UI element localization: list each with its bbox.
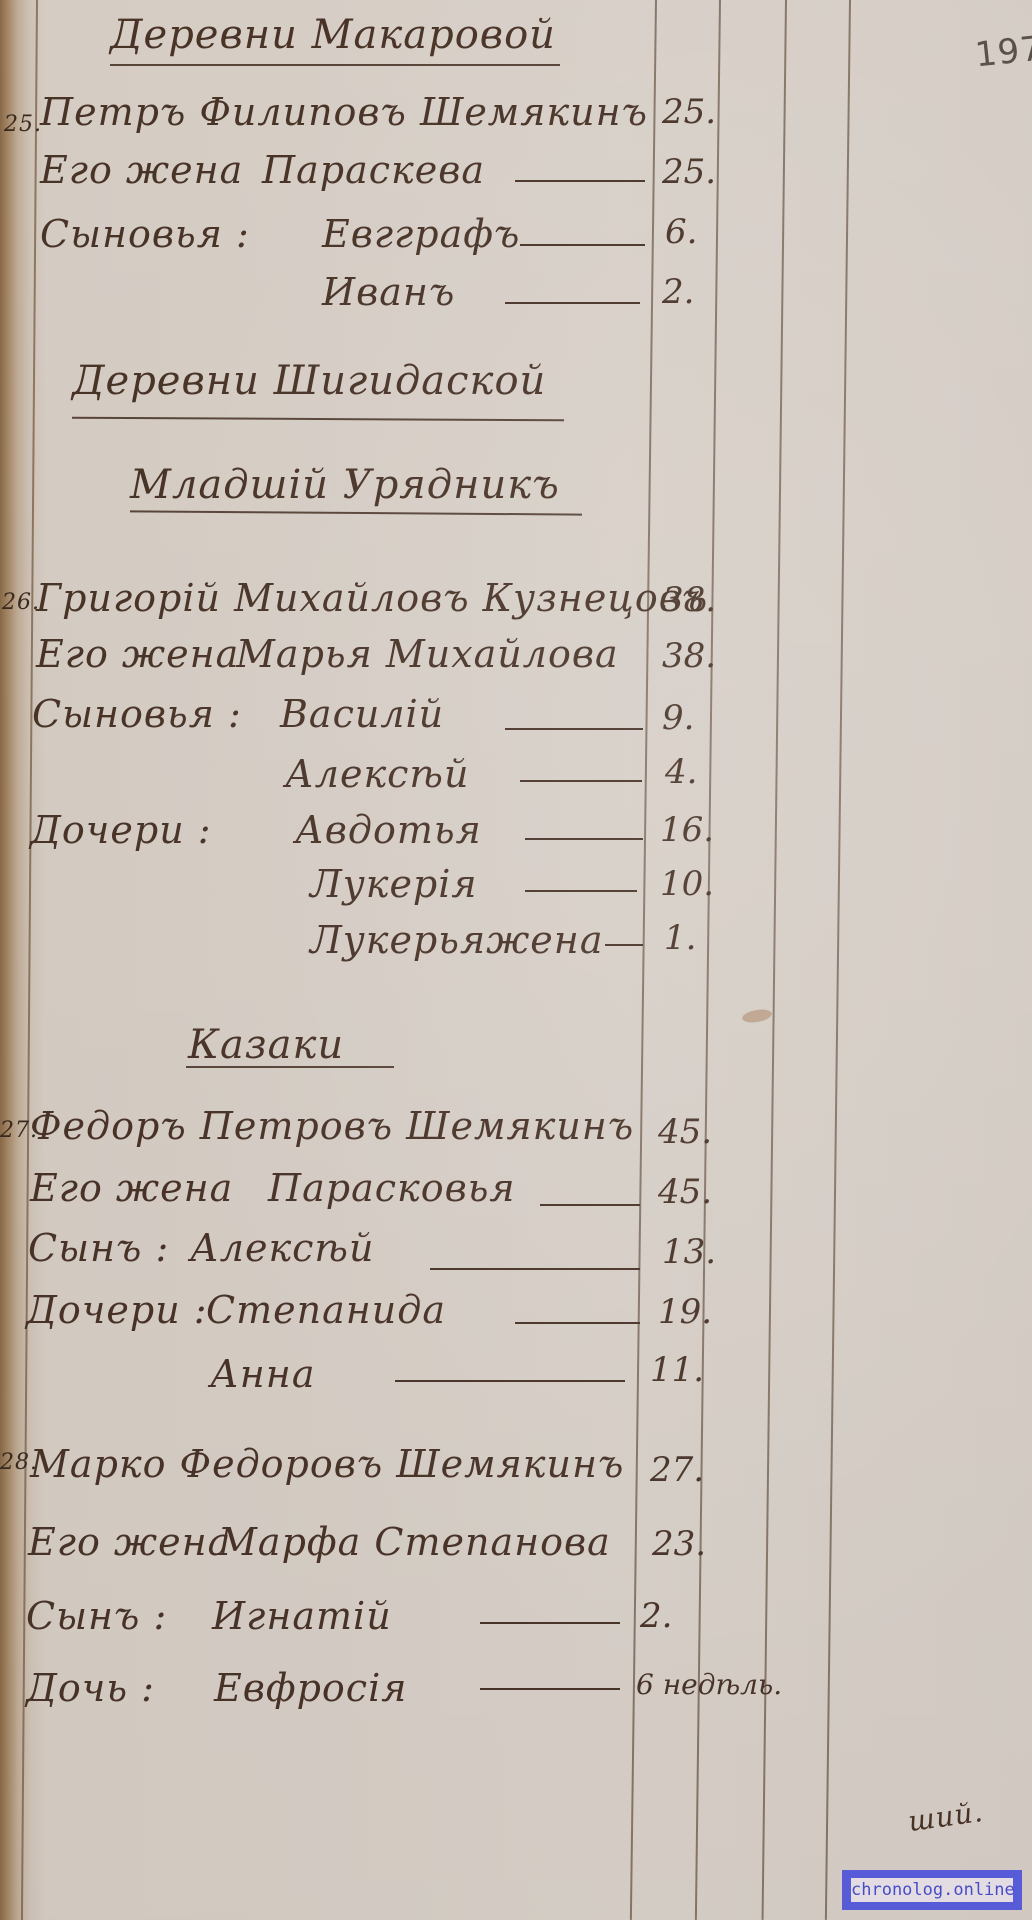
person-name: Параскева	[262, 148, 485, 192]
person-name: Василій	[280, 692, 444, 736]
person-name: Григорій Михайловъ Кузнецовъ	[36, 576, 708, 620]
person-age: 25.	[662, 152, 716, 192]
relation-label: Сыновья :	[40, 212, 250, 256]
fill-dash	[520, 244, 645, 246]
person-name: Евгграфъ	[322, 212, 520, 256]
subheading-underline	[130, 510, 582, 515]
person-age: 45.	[658, 1112, 712, 1152]
relation-label: Сынъ :	[28, 1226, 169, 1270]
person-age: 11.	[650, 1350, 704, 1390]
relation-label: Его жена	[36, 632, 239, 676]
person-name: Игнатій	[212, 1594, 392, 1638]
person-age: 13.	[662, 1232, 716, 1272]
watermark-text: chronolog.online	[851, 1878, 1013, 1902]
section-subheading: Младшій Урядникъ	[130, 462, 560, 508]
person-name: Федоръ Петровъ Шемякинъ	[30, 1104, 634, 1148]
watermark-badge: chronolog.online	[842, 1870, 1022, 1910]
person-name: Алексѣй	[190, 1226, 374, 1270]
person-age: 38.	[662, 580, 716, 620]
fill-dash	[395, 1380, 625, 1382]
fill-dash	[505, 728, 643, 730]
person-name: Парасковья	[268, 1166, 516, 1210]
person-age: 45.	[658, 1172, 712, 1212]
person-name: Алексѣй	[285, 752, 469, 796]
person-age: 38.	[662, 636, 716, 676]
person-age: 25.	[662, 92, 716, 132]
person-name: Марфа Степанова	[218, 1520, 611, 1564]
household-number: 25.	[4, 112, 42, 137]
column-rule-3	[762, 0, 787, 1920]
person-age: 6.	[665, 212, 697, 252]
section-heading: Казаки	[188, 1022, 344, 1068]
column-rule-2	[695, 0, 721, 1920]
person-age: 6 недѣль.	[636, 1668, 782, 1701]
relation-label: Его жена	[28, 1520, 231, 1564]
person-name: Петръ Филиповъ Шемякинъ	[40, 90, 648, 134]
manuscript-page: 197 Деревни Макаровой 25. Петръ Филиповъ…	[0, 0, 1032, 1920]
person-name: Иванъ	[322, 270, 455, 314]
fill-dash	[515, 1322, 640, 1324]
fill-dash	[605, 944, 643, 946]
person-age: 27.	[650, 1450, 704, 1490]
page-bottom-note: ший.	[906, 1795, 985, 1838]
relation-label: Дочери :	[26, 1288, 208, 1332]
person-age: 23.	[652, 1524, 706, 1564]
folio-number: 197	[973, 29, 1032, 76]
fill-dash	[505, 302, 640, 304]
person-name: Степанида	[206, 1288, 446, 1332]
relation-label: Дочери :	[30, 808, 212, 852]
household-number: 26.	[2, 590, 40, 615]
relation-label: Его жена	[40, 148, 243, 192]
fill-dash	[515, 180, 645, 182]
person-name: Марко Федоровъ Шемякинъ	[30, 1442, 624, 1486]
person-age: 4.	[665, 752, 697, 792]
fill-dash	[520, 780, 642, 782]
paper-stain	[741, 1007, 773, 1024]
person-age: 2.	[662, 272, 694, 312]
fill-dash	[525, 838, 643, 840]
heading-underline	[186, 1066, 394, 1068]
person-name: Марья Михайлова	[236, 632, 619, 676]
person-name: Лукерія	[310, 862, 478, 906]
person-name: Лукерьяжена	[310, 918, 603, 962]
column-rule-4	[825, 0, 851, 1920]
person-age: 16.	[660, 810, 714, 850]
person-age: 19.	[658, 1292, 712, 1332]
person-name: Евфросія	[214, 1666, 407, 1710]
relation-label: Сынъ :	[26, 1594, 167, 1638]
person-age: 2.	[640, 1596, 672, 1636]
fill-dash	[540, 1204, 640, 1206]
person-age: 1.	[664, 918, 696, 958]
person-name: Авдотья	[295, 808, 482, 852]
relation-label: Его жена	[30, 1166, 233, 1210]
heading-underline	[110, 64, 560, 66]
person-name: Анна	[210, 1352, 316, 1396]
section-heading: Деревни Макаровой	[110, 12, 556, 58]
section-heading: Деревни Шигидаской	[72, 358, 546, 404]
relation-label: Дочь :	[26, 1666, 155, 1710]
person-age: 9.	[662, 698, 694, 738]
relation-label: Сыновья :	[32, 692, 242, 736]
person-age: 10.	[660, 864, 714, 904]
fill-dash	[480, 1622, 620, 1624]
fill-dash	[480, 1688, 620, 1690]
fill-dash	[430, 1268, 640, 1270]
fill-dash	[525, 890, 637, 892]
heading-underline	[72, 417, 564, 422]
